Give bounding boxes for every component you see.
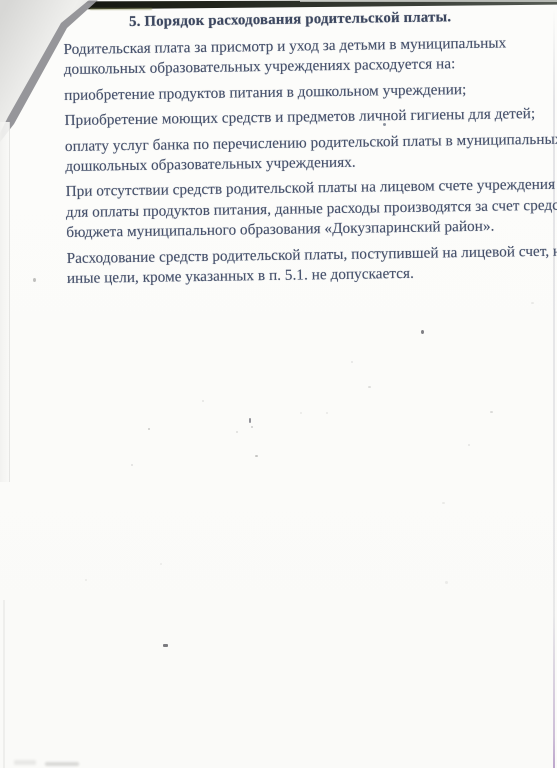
paragraph: приобретение продуктов питания в дошколь… — [64, 79, 536, 106]
dust-speck — [490, 411, 493, 413]
dust-speck — [148, 428, 150, 430]
dust-speck — [383, 123, 386, 126]
page-right-edge — [553, 8, 555, 768]
scanned-document-screenshot: { "document": { "title": "5. Порядок рас… — [0, 0, 557, 768]
dust-speck — [163, 644, 168, 647]
dust-speck — [255, 455, 258, 457]
dust-speck — [421, 330, 424, 334]
dust-speck — [368, 386, 371, 388]
scan-smudge — [45, 762, 79, 766]
document-body: 5. Порядок расходования родительской пла… — [63, 6, 539, 294]
page-left-edge — [0, 122, 10, 482]
dust-speck — [468, 444, 470, 446]
paragraph: оплату услуг банка по перечислению родит… — [65, 130, 538, 178]
text-line: приобретение продуктов питания в дошколь… — [64, 79, 536, 106]
page-left-edge-lower — [3, 600, 5, 768]
dust-speck — [251, 426, 253, 428]
dust-speck — [236, 431, 238, 433]
dust-speck — [445, 581, 448, 584]
dust-speck — [131, 464, 133, 466]
dust-speck — [351, 361, 353, 363]
dust-speck — [202, 400, 204, 402]
dust-speck — [300, 412, 302, 414]
paragraph: Расходование средств родительской платы,… — [66, 242, 539, 290]
scan-top-edge-highlight — [300, 0, 557, 2]
dust-speck — [531, 302, 534, 304]
dust-speck — [326, 412, 328, 414]
dust-speck — [249, 418, 251, 423]
paragraph: Приобретение моющих средств и предметов … — [64, 104, 536, 131]
scan-top-edge-tint — [90, 8, 152, 10]
dust-speck — [85, 579, 87, 581]
paragraph: При отсутствии средств родительской плат… — [66, 175, 539, 243]
scan-smudge — [14, 760, 36, 765]
paragraph: Родительская плата за присмотр и уход за… — [63, 33, 536, 81]
dust-speck — [33, 278, 36, 282]
dust-speck — [160, 563, 162, 565]
dust-speck — [442, 502, 445, 504]
text-line: Приобретение моющих средств и предметов … — [64, 104, 536, 131]
